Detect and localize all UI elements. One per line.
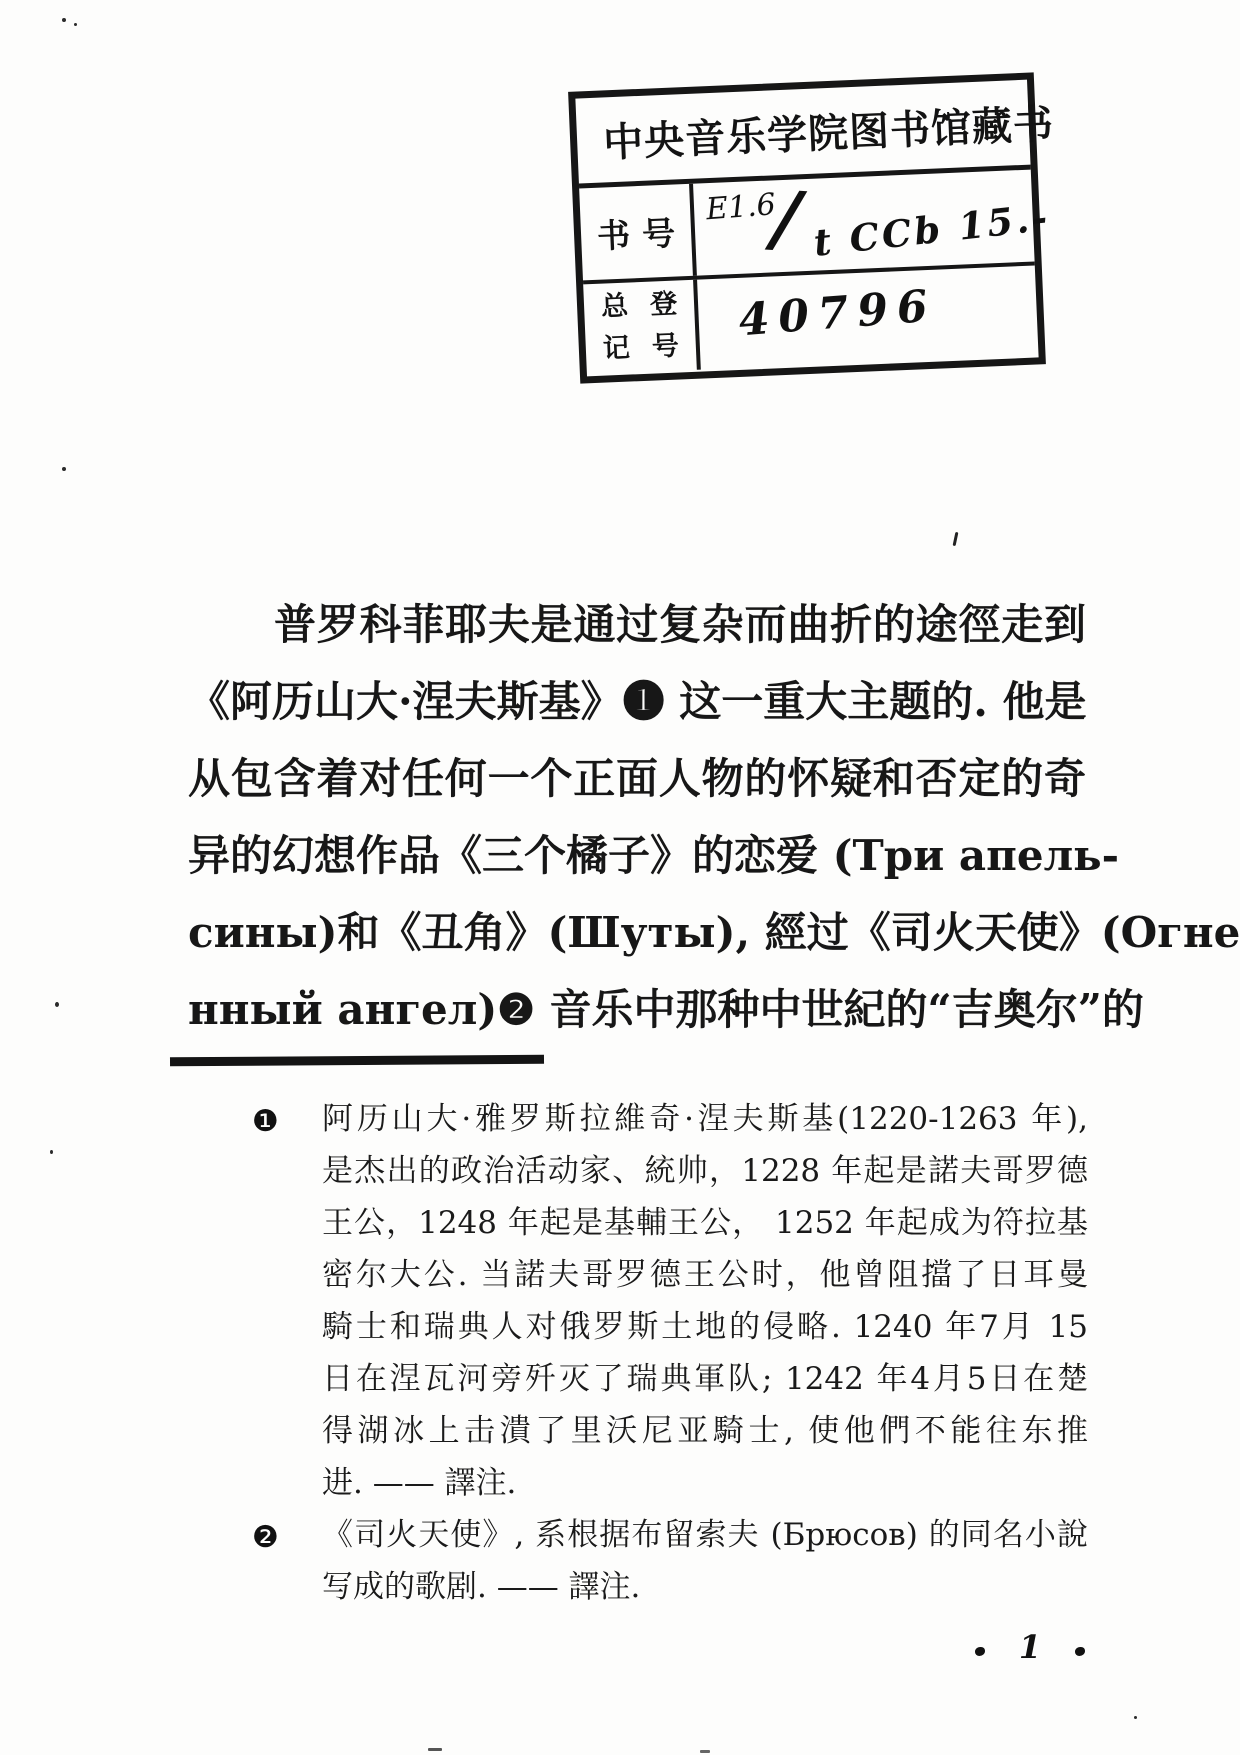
footnote-1: ❶ 阿历山大·雅罗斯拉維奇·涅夫斯基(1220-1263 年), 是杰出的政治活… <box>252 1096 1088 1512</box>
text-line: 从包含着对任何一个正面人物的怀疑和否定的奇 <box>188 750 1086 827</box>
footnote-line: 阿历山大·雅罗斯拉維奇·涅夫斯基(1220-1263 年), <box>322 1096 1088 1148</box>
stamp-registration-row: 总登记号 40796 <box>583 265 1038 374</box>
footnote-line: 密尔大公. 当諾夫哥罗德王公时，他曾阻擋了日耳曼 <box>322 1252 1088 1304</box>
text-line: 异的幻想作品《三个橘子》的恋爱 (Три апель- <box>188 827 1086 904</box>
footnote-1-marker-icon: ❶ <box>252 1096 322 1148</box>
scan-speck <box>55 1002 59 1007</box>
stamp-registration-label: 总登记号 <box>600 284 679 371</box>
scan-speck <box>953 532 959 546</box>
footnote-divider <box>170 1055 544 1067</box>
handwritten-book-number-top: E1.6 <box>705 187 777 227</box>
page-number-left-dot <box>975 1647 985 1656</box>
scan-speck <box>428 1748 442 1751</box>
scan-speck <box>700 1750 710 1753</box>
footnote-line: 日在涅瓦河旁歼灭了瑞典軍队; 1242 年4月5日在楚 <box>322 1356 1088 1408</box>
stamp-registration-value-cell: 40796 <box>697 265 1038 369</box>
footnote-line: 是杰出的政治活动家、統帅，1228 年起是諾夫哥罗德 <box>322 1148 1088 1200</box>
handwritten-book-number-bottom: t CCb 15.- <box>811 195 1052 265</box>
stamp-book-number-row: 书号 E1.6 / t CCb 15.- <box>579 170 1035 285</box>
footnote-line: 《司火天使》, 系根据布留索夫 (Брюсов) 的同名小說 <box>322 1512 1088 1564</box>
scanned-book-page: 中央音乐学院图书馆藏书 书号 E1.6 / t CCb 15.- 总登记号 40… <box>0 0 1240 1755</box>
footnote-1-text: 阿历山大·雅罗斯拉維奇·涅夫斯基(1220-1263 年), 是杰出的政治活动家… <box>322 1096 1088 1512</box>
stamp-book-number-value-cell: E1.6 / t CCb 15.- <box>693 170 1035 276</box>
footnote-2-marker-icon: ❷ <box>252 1512 322 1564</box>
stamp-book-number-label-cell: 书号 <box>579 184 697 281</box>
library-stamp: 中央音乐学院图书馆藏书 书号 E1.6 / t CCb 15.- 总登记号 40… <box>568 72 1046 383</box>
scan-speck <box>50 1150 53 1154</box>
footnote-line: 写成的歌剧. —— 譯注. <box>322 1564 1088 1616</box>
text-line: 普罗科菲耶夫是通过复杂而曲折的途徑走到 <box>188 596 1086 673</box>
footnote-2-text: 《司火天使》, 系根据布留索夫 (Брюсов) 的同名小說 写成的歌剧. ——… <box>322 1512 1088 1616</box>
stamp-book-number-label: 书号 <box>596 207 676 257</box>
footnote-line: 王公，1248 年起是基輔王公， 1252 年起成为符拉基 <box>322 1200 1088 1252</box>
scan-speck <box>62 18 66 22</box>
page-number-right-dot <box>1075 1647 1085 1656</box>
footnote-line: 进. —— 譯注. <box>322 1460 1088 1512</box>
page-number-value: 1 <box>1019 1628 1041 1666</box>
scan-speck <box>1134 1716 1137 1719</box>
footnote-line: 騎士和瑞典人对俄罗斯土地的侵略. 1240 年7月 15 <box>322 1304 1088 1356</box>
footnotes-block: ❶ 阿历山大·雅罗斯拉維奇·涅夫斯基(1220-1263 年), 是杰出的政治活… <box>252 1096 1088 1616</box>
handwritten-slash: / <box>770 181 802 257</box>
main-text-block: 普罗科菲耶夫是通过复杂而曲折的途徑走到 《阿历山大·涅夫斯基》❶ 这一重大主题的… <box>188 596 1086 1058</box>
footnote-2: ❷ 《司火天使》, 系根据布留索夫 (Брюсов) 的同名小說 写成的歌剧. … <box>252 1512 1088 1616</box>
handwritten-registration-number: 40796 <box>737 280 938 346</box>
text-line: нный ангел)❷ 音乐中那种中世紀的“吉奥尔”的 <box>188 981 1086 1058</box>
scan-speck <box>62 467 66 471</box>
page-number: 1 <box>975 1628 1085 1666</box>
text-line: сины)和《丑角》(Шуты), 經过《司火天使》(Огне- <box>188 904 1086 981</box>
text-line: 《阿历山大·涅夫斯基》❶ 这一重大主题的. 他是 <box>188 673 1086 750</box>
stamp-registration-label-cell: 总登记号 <box>583 280 701 375</box>
footnote-line: 得湖冰上击潰了里沃尼亚騎士, 使他們不能往东推 <box>322 1408 1088 1460</box>
scan-speck <box>74 23 77 26</box>
